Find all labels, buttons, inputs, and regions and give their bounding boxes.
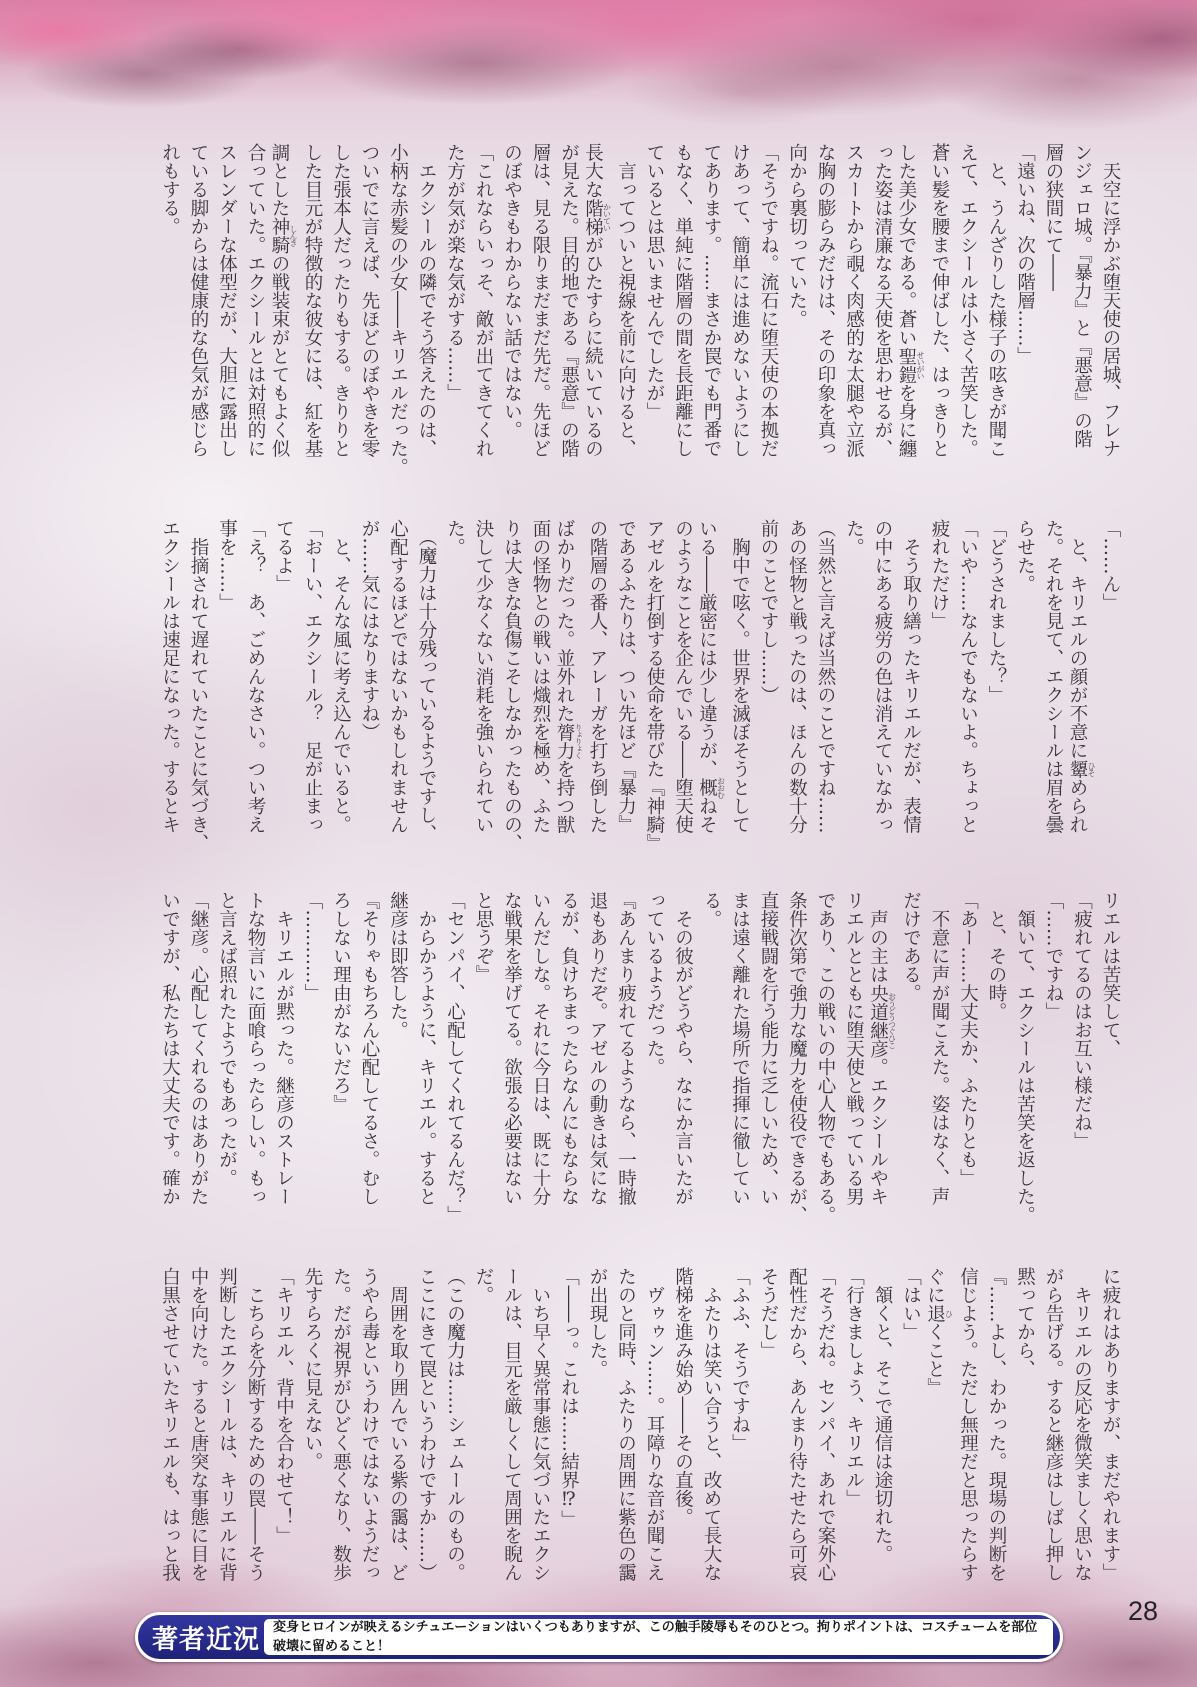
text-column: 蒼い髪を腰まで伸ばした、はっきりと — [925, 143, 954, 479]
text-column: ているとは思いませんでしたが」 — [640, 143, 669, 479]
text-column: した目元が特徴的な彼女には、紅を基 — [298, 143, 327, 479]
text-column: てるよ」 — [269, 519, 298, 855]
text-column: キリエルが黙った。継彦のストレー — [269, 891, 298, 1227]
text-column: からかうように、キリエル。すると — [412, 891, 441, 1227]
text-column: な戦果を挙げてる。欲張る必要はない — [497, 891, 526, 1227]
text-column: の中にある疲労の色は消えていなかっ — [868, 519, 897, 855]
text-column: こちらを分断するための罠――そう — [241, 1267, 270, 1603]
text-band-3: リエルは苦笑して、「疲れてるのはお互い様だね」「……ですね」 頷いて、エクシール… — [155, 891, 1124, 1227]
text-column: いる――厳密には少し違うが、概おおむねそ — [697, 519, 726, 855]
text-column: と思うぞ』 — [469, 891, 498, 1227]
text-column: と、キリエルの顔が不意に顰ひそめられ — [1067, 519, 1096, 855]
text-column: 層は、見る限りまだまだ先だ。先ほど — [526, 143, 555, 479]
text-column: 事を……」 — [212, 519, 241, 855]
text-column: ンジェロ城。『暴力』と『悪意』の階 — [1067, 143, 1096, 479]
text-column: 『……よし、わかった。現場の判断を — [982, 1267, 1011, 1603]
text-column: まは遠く離れた場所で指揮に徹してい — [725, 891, 754, 1227]
text-column: る。 — [697, 891, 726, 1227]
text-column: た方が気が楽な気がする……」 — [440, 143, 469, 479]
text-column: るが、負けちまったらなんにもならな — [554, 891, 583, 1227]
text-column: 「あー……大丈夫か、ふたりとも」 — [953, 891, 982, 1227]
text-column: 『そりゃもちろん心配してるさ。むし — [355, 891, 384, 1227]
text-column: 小柄な赤髪の少女――キリエルだった。 — [383, 143, 412, 479]
text-column: スカートから覗く肉感的な太腿や立派 — [839, 143, 868, 479]
text-column: 「疲れてるのはお互い様だね」 — [1067, 891, 1096, 1227]
text-column: 直接戦闘を行う能力に乏しいため、い — [754, 891, 783, 1227]
text-column: ろしない理由がないだろ』 — [326, 891, 355, 1227]
text-band-1: 天空に浮かぶ堕天使の居城、フレナンジェロ城。『暴力』と『悪意』の階層の狭間にて―… — [155, 143, 1124, 479]
text-column: 言ってついと視線を前に向けると、 — [611, 143, 640, 479]
text-column: 指摘されて遅れていたことに気づき、 — [184, 519, 213, 855]
text-column: な胸の膨らみだけは、その印象を真っ — [811, 143, 840, 479]
text-column: 白黒させていたキリエルも、はっと我 — [155, 1267, 184, 1603]
text-column: ぐに退ひくこと』 — [925, 1267, 954, 1603]
text-column: いですが、私たちは大丈夫です。確か — [155, 891, 184, 1227]
novel-page: { "colors":{ "page_bg":"#e9dfe7", "top_p… — [0, 0, 1197, 1687]
text-column: トな物言いに面喰らったらしい。もっ — [241, 891, 270, 1227]
text-column: たのと同時、ふたりの周囲に紫色の靄 — [611, 1267, 640, 1603]
text-band-2: 「……ん」 と、キリエルの顔が不意に顰ひそめられた。それを見て、エクシールは眉を… — [155, 519, 1124, 855]
text-column: 階梯を進み始め――その直後。 — [668, 1267, 697, 1603]
text-column: らせた。 — [1010, 519, 1039, 855]
text-column: した美少女である。蒼い聖鎧せいがいを身に纏 — [896, 143, 925, 479]
text-column: （この魔力は……シェムールのもの。 — [440, 1267, 469, 1603]
text-column: 中を向けた。すると唐突な事態に目を — [184, 1267, 213, 1603]
text-column: キリエルの反応を微笑ましく思いな — [1067, 1267, 1096, 1603]
text-column: あの怪物と戦ったのは、ほんの数十分 — [782, 519, 811, 855]
text-column: だけである。 — [896, 891, 925, 1227]
text-column: （当然と言えば当然のことですね…… — [811, 519, 840, 855]
text-column: けあって、簡単には進めないようにし — [725, 143, 754, 479]
text-column: た。 — [839, 519, 868, 855]
text-column: りは大きな負傷こそしなかったものの、 — [497, 519, 526, 855]
text-column: 配性だから、あんまり待たせたら可哀 — [782, 1267, 811, 1603]
text-column: 「ふふ、そうですね」 — [725, 1267, 754, 1603]
text-column: 「センパイ、心配してくれてるんだ？」 — [440, 891, 469, 1227]
text-column: えて、エクシールは小さく苦笑した。 — [953, 143, 982, 479]
text-column: 退もありだぞ。アゼルの動きは気にな — [583, 891, 612, 1227]
text-column: いち早く異常事態に気づいたエクシ — [526, 1267, 555, 1603]
text-column: アゼルを打倒する使命を帯びた『神騎』 — [640, 519, 669, 855]
text-column: エクシールは速足になった。するとキ — [155, 519, 184, 855]
text-column: ここにきて罠というわけですか……） — [412, 1267, 441, 1603]
text-column: 信じよう。ただし無理だと思ったらす — [953, 1267, 982, 1603]
text-column: の階層の番人、アレーガを打ち倒した — [583, 519, 612, 855]
text-column: に疲れはありますが、まだやれます」 — [1096, 1267, 1125, 1603]
text-column: 「継彦。心配してくれるのはありがた — [184, 891, 213, 1227]
novel-text: 天空に浮かぶ堕天使の居城、フレナンジェロ城。『暴力』と『悪意』の階層の狭間にて―… — [0, 0, 1197, 1687]
footer-label: 著者近況 — [152, 1615, 260, 1659]
text-column: てあります。……まさか罠でも門番で — [697, 143, 726, 479]
text-column: いんだしな。それに今日は、既に十分 — [526, 891, 555, 1227]
footer-note: 変身ヒロインが映えるシチュエーションはいくつもありますが、この触手陵辱もそのひと… — [273, 1618, 1044, 1656]
text-column: 「そうですね。流石に堕天使の本拠だ — [754, 143, 783, 479]
text-column: た。だが視界がひどく悪くなり、数歩 — [326, 1267, 355, 1603]
text-column: 向から裏切っていた。 — [782, 143, 811, 479]
text-column: 「……ん」 — [1096, 519, 1125, 855]
text-column: た。 — [440, 519, 469, 855]
text-column: だ。 — [469, 1267, 498, 1603]
text-column: 『あんまり疲れてるようなら、一時撤 — [611, 891, 640, 1227]
text-column: ている脚からは健康的な色気が感じら — [184, 143, 213, 479]
footer-bar: 著者近況 変身ヒロインが映えるシチュエーションはいくつもありますが、この触手陵辱… — [135, 1612, 1063, 1662]
text-column: 頷くと、そこで通信は途切れた。 — [868, 1267, 897, 1603]
text-column: ヴゥゥン……。耳障りな音が聞こえ — [640, 1267, 669, 1603]
text-column: っているようだった。 — [640, 891, 669, 1227]
text-column: そうだし」 — [754, 1267, 783, 1603]
text-column: もなく、単純に階層の間を長距離にし — [668, 143, 697, 479]
text-column: 「キリエル、背中を合わせて！」 — [269, 1267, 298, 1603]
text-column: 「おーい、エクシール？ 足が止まっ — [298, 519, 327, 855]
text-column: 「いや……なんでもないよ。ちょっと — [953, 519, 982, 855]
text-column: ふたりは笑い合うと、改めて長大な — [697, 1267, 726, 1603]
text-column: 「そうだね。センパイ、あれで案外心 — [811, 1267, 840, 1603]
text-column: うやら毒というわけではないようだっ — [355, 1267, 384, 1603]
text-column: であるふたりは、つい先ほど『暴力』 — [611, 519, 640, 855]
footer-textbox: 変身ヒロインが映えるシチュエーションはいくつもありますが、この触手陵辱もそのひと… — [264, 1619, 1053, 1655]
text-column: 先すらろくに見えない。 — [298, 1267, 327, 1603]
text-column: 層の狭間にて―― — [1039, 143, 1068, 479]
text-column: 「……ですね」 — [1039, 891, 1068, 1227]
text-column: ばかりだった。並外れた膂力りょりょくを持つ獣 — [554, 519, 583, 855]
text-column: 判断したエクシールは、キリエルに背 — [212, 1267, 241, 1603]
text-column: 決して少なくない消耗を強いられてい — [469, 519, 498, 855]
text-column: 継彦は即答した。 — [383, 891, 412, 1227]
text-column: スレンダーな体型だが、大胆に露出し — [212, 143, 241, 479]
text-column: リエルは苦笑して、 — [1096, 891, 1125, 1227]
text-column: がら告げる。すると継彦はしばし押し — [1039, 1267, 1068, 1603]
text-column: と、その時。 — [982, 891, 1011, 1227]
page-number: 28 — [1128, 1596, 1188, 1627]
text-band-4: に疲れはありますが、まだやれます」 キリエルの反応を微笑ましく思いながら告げる。… — [155, 1267, 1124, 1603]
text-column: 調とした神騎しんきの戦装束がとてもよく似 — [269, 143, 298, 479]
text-column: ついでに言えば、先ほどのぼやきを零 — [355, 143, 384, 479]
text-column: 「――っ。これは……結界⁉」 — [554, 1267, 583, 1603]
text-column: 心配するほどではないかもしれません — [383, 519, 412, 855]
text-column: であり、この戦いの中心人物でもある。 — [811, 891, 840, 1227]
text-column: 「行きましょう、キリエル」 — [839, 1267, 868, 1603]
text-column: 疲れただけ」 — [925, 519, 954, 855]
text-column: した張本人だったりもする。きりりと — [326, 143, 355, 479]
text-column: れもする。 — [155, 143, 184, 479]
text-column: と言えば照れたようでもあったが。 — [212, 891, 241, 1227]
text-column: 不意に声が聞こえた。姿はなく、声 — [925, 891, 954, 1227]
text-column: 「遠いね、次の階層……」 — [1010, 143, 1039, 479]
text-column: が……気にはなりますね） — [355, 519, 384, 855]
text-column: エクシールの隣でそう答えたのは、 — [412, 143, 441, 479]
text-column: そう取り繕ったキリエルだが、表情 — [896, 519, 925, 855]
text-column: 頷いて、エクシールは苦笑を返した。 — [1010, 891, 1039, 1227]
text-column: 天空に浮かぶ堕天使の居城、フレナ — [1096, 143, 1125, 479]
text-column: が出現した。 — [583, 1267, 612, 1603]
text-column: 声の主は央道継彦おうどうつぐひこ。エクシールやキ — [868, 891, 897, 1227]
text-column: 「どうされました？」 — [982, 519, 1011, 855]
text-column: 条件次第で強力な魔力を使役できるが、 — [782, 891, 811, 1227]
text-column: 「え？ あ、ごめんなさい。つい考え — [241, 519, 270, 855]
text-column: 黙ってから、 — [1010, 1267, 1039, 1603]
text-column: のぼやきもわからない話ではない。 — [497, 143, 526, 479]
text-column: と、うんざりした様子の呟きが聞こ — [982, 143, 1011, 479]
text-column: 「これならいっそ、敵が出てきてくれ — [469, 143, 498, 479]
text-column: 胸中で呟く。世界を滅ぼそうとして — [725, 519, 754, 855]
text-column: 前のことですし……） — [754, 519, 783, 855]
text-column: （魔力は十分残っているようですし、 — [412, 519, 441, 855]
text-column: 長大な階梯かいていがひたすらに続いているの — [583, 143, 612, 479]
text-column: と、そんな風に考え込んでいると。 — [326, 519, 355, 855]
text-column: 周囲を取り囲んでいる紫の靄は、ど — [383, 1267, 412, 1603]
text-column: 「…………」 — [298, 891, 327, 1227]
text-column: その彼がどうやら、なにか言いたが — [668, 891, 697, 1227]
text-column: ールは、目元を厳しくして周囲を睨ん — [497, 1267, 526, 1603]
